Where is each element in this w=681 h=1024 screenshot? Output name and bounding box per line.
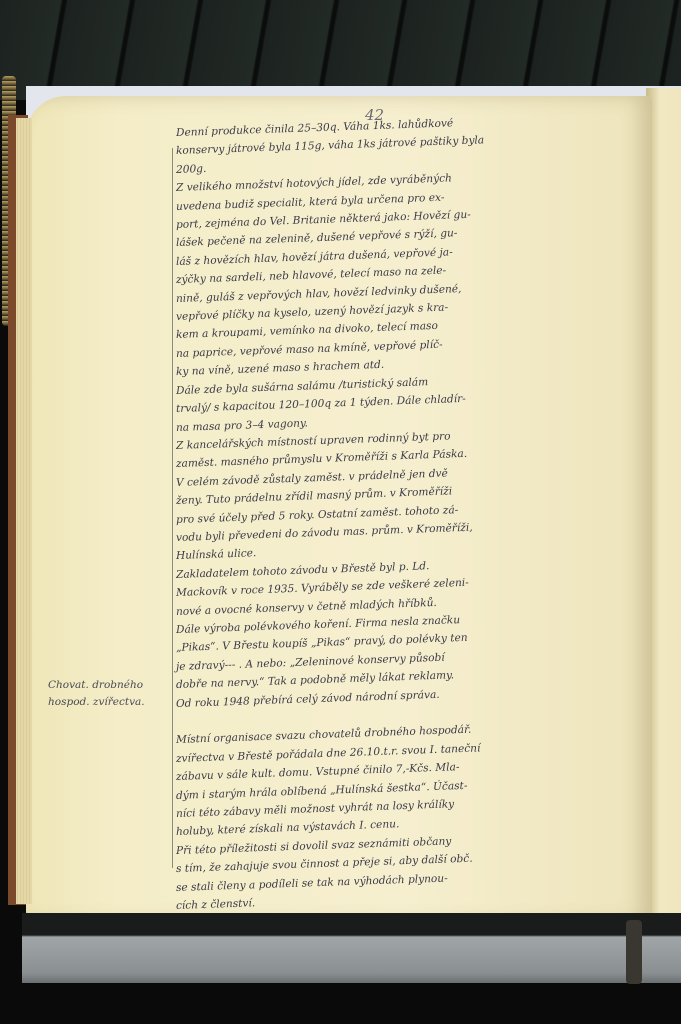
margin-note-line: hospod. zvířectva. [48, 694, 172, 711]
display-frame-bottom [22, 913, 681, 983]
margin-note: Chovat. drobného hospod. zvířectva. [48, 677, 172, 711]
margin-rule [172, 148, 173, 868]
ribbon-bookmark [626, 920, 642, 984]
handwritten-body-text: Denní produkce činila 25–30q. Váha 1ks. … [176, 124, 626, 915]
margin-note-line: Chovat. drobného [48, 677, 172, 694]
page-stack-edges [16, 118, 32, 904]
ceiling-background [0, 0, 681, 100]
